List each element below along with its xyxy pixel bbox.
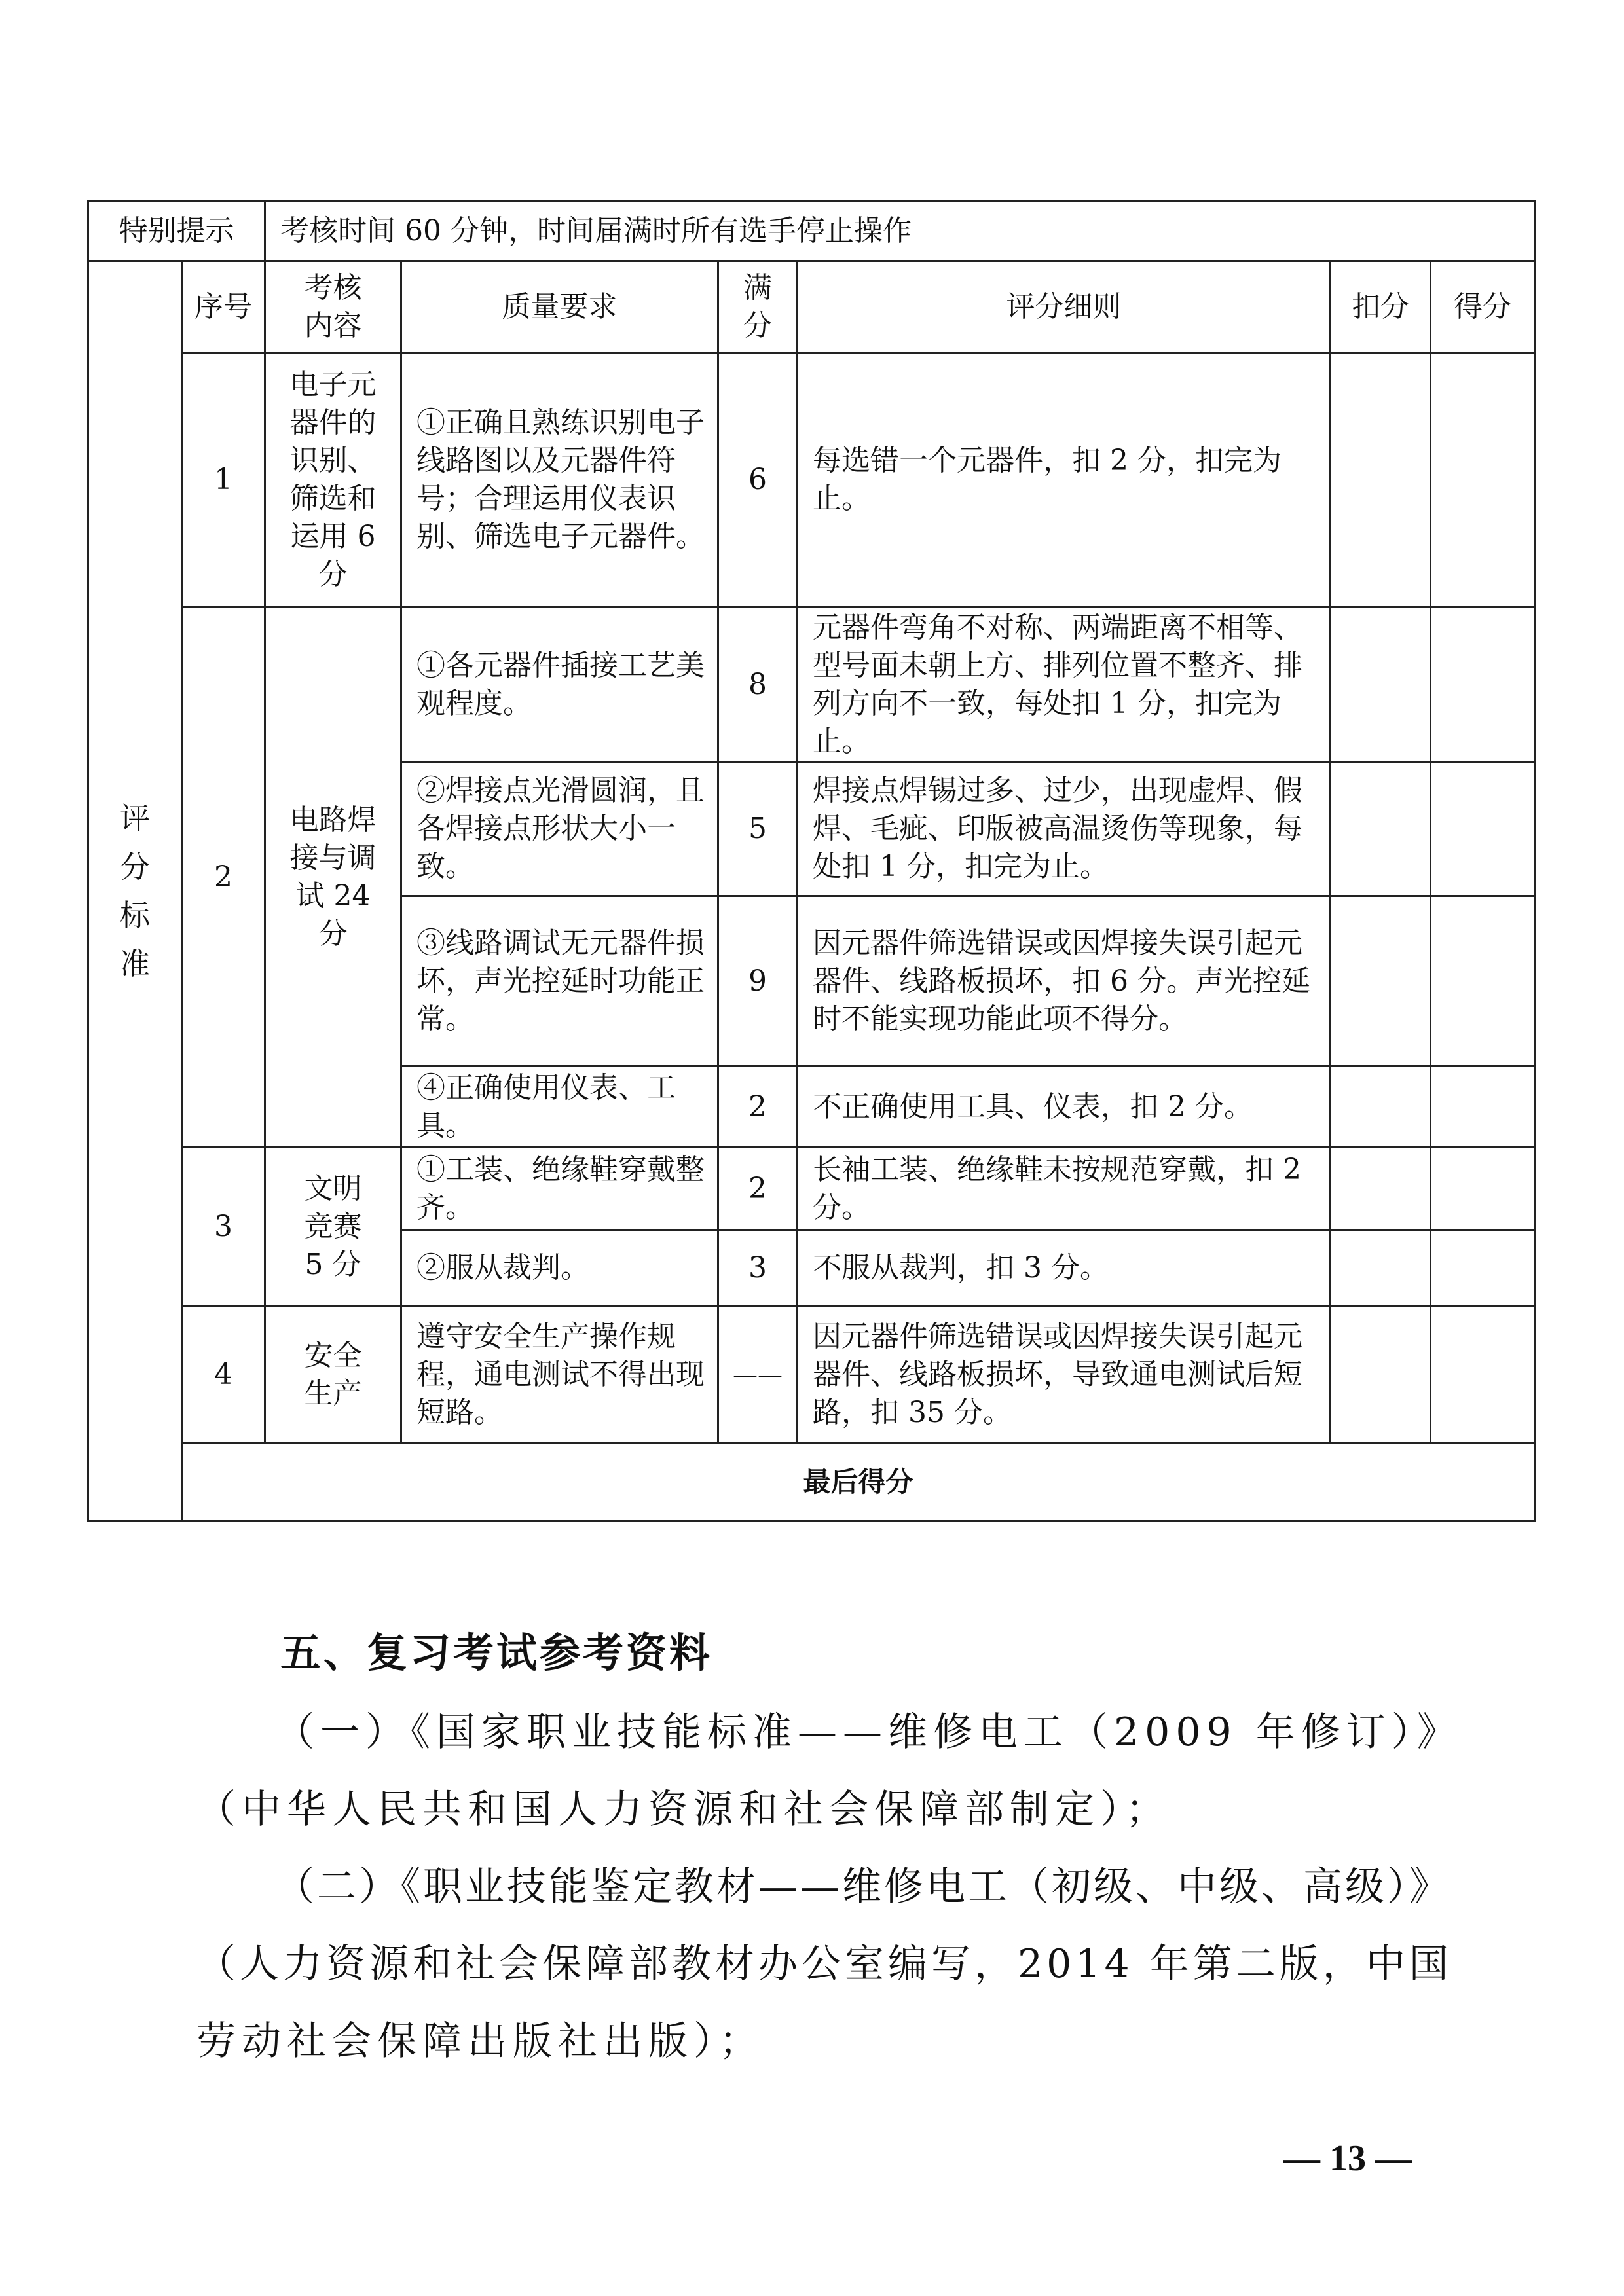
reference-2-line-1: （二）《职业技能鉴定教材——维修电工（初级、中级、高级）》: [275, 1855, 1451, 1912]
score-cell[interactable]: [1431, 896, 1535, 1066]
final-score-row: 最后得分: [88, 1443, 1535, 1522]
score-cell[interactable]: [1431, 762, 1535, 896]
content-cell: 文明竞赛 5 分: [265, 1148, 401, 1307]
reference-2-line-2: （人力资源和社会保障部教材办公室编写，2014 年第二版，中国: [196, 1933, 1452, 1989]
notice-label: 特别提示: [88, 201, 265, 261]
header-content: 考核内容: [265, 261, 401, 353]
score-cell[interactable]: [1431, 1230, 1535, 1307]
rule-cell: 元器件弯角不对称、两端距离不相等、型号面未朝上方、排列位置不整齐、排列方向不一致…: [798, 608, 1331, 762]
score-cell[interactable]: [1431, 1148, 1535, 1230]
full-score-cell: 8: [718, 608, 798, 762]
quality-cell: ③线路调试无元器件损坏，声光控延时功能正常。: [401, 896, 718, 1066]
full-score-cell: ——: [718, 1307, 798, 1443]
quality-cell: ①工装、绝缘鞋穿戴整齐。: [401, 1148, 718, 1230]
table-row: 4 安全生产 遵守安全生产操作规程，通电测试不得出现短路。 —— 因元器件筛选错…: [88, 1307, 1535, 1443]
rule-cell: 焊接点焊锡过多、过少，出现虚焊、假焊、毛疵、印版被高温烫伤等现象，每处扣 1 分…: [798, 762, 1331, 896]
deduct-cell[interactable]: [1331, 1307, 1431, 1443]
deduct-cell[interactable]: [1331, 1066, 1431, 1148]
seq-cell: 4: [182, 1307, 265, 1443]
quality-cell: ①各元器件插接工艺美观程度。: [401, 608, 718, 762]
rule-cell: 每选错一个元器件，扣 2 分，扣完为止。: [798, 353, 1331, 608]
full-score-cell: 5: [718, 762, 798, 896]
content-cell: 安全生产: [265, 1307, 401, 1443]
quality-cell: ①正确且熟练识别电子线路图以及元器件符号；合理运用仪表识别、筛选电子元器件。: [401, 353, 718, 608]
header-rules: 评分细则: [798, 261, 1331, 353]
seq-cell: 3: [182, 1148, 265, 1307]
deduct-cell[interactable]: [1331, 1148, 1431, 1230]
content-cell: 电路焊接与调试 24 分: [265, 608, 401, 1148]
reference-2-line-3: 劳动社会保障出版社出版）；: [196, 2010, 764, 2066]
header-score: 得分: [1431, 261, 1535, 353]
header-seq: 序号: [182, 261, 265, 353]
quality-cell: 遵守安全生产操作规程，通电测试不得出现短路。: [401, 1307, 718, 1443]
rule-cell: 因元器件筛选错误或因焊接失误引起元器件、线路板损坏，扣 6 分。声光控延时不能实…: [798, 896, 1331, 1066]
header-full-score: 满分: [718, 261, 798, 353]
final-score-label: 最后得分: [182, 1443, 1535, 1522]
quality-cell: ②焊接点光滑圆润，且各焊接点形状大小一致。: [401, 762, 718, 896]
full-score-cell: 3: [718, 1230, 798, 1307]
rule-cell: 长袖工装、绝缘鞋未按规范穿戴，扣 2 分。: [798, 1148, 1331, 1230]
header-quality: 质量要求: [401, 261, 718, 353]
table-row: 2 电路焊接与调试 24 分 ①各元器件插接工艺美观程度。 8 元器件弯角不对称…: [88, 608, 1535, 762]
table-row: 3 文明竞赛 5 分 ①工装、绝缘鞋穿戴整齐。 2 长袖工装、绝缘鞋未按规范穿戴…: [88, 1148, 1535, 1230]
deduct-cell[interactable]: [1331, 896, 1431, 1066]
deduct-cell[interactable]: [1331, 762, 1431, 896]
page-number: — 13 —: [1283, 2138, 1412, 2179]
score-cell[interactable]: [1431, 1307, 1535, 1443]
header-deduct: 扣分: [1331, 261, 1431, 353]
scoring-table: 特别提示 考核时间 60 分钟，时间届满时所有选手停止操作 评 分 标 准 序号…: [87, 200, 1536, 1522]
seq-cell: 2: [182, 608, 265, 1148]
quality-cell: ②服从裁判。: [401, 1230, 718, 1307]
rule-cell: 不服从裁判，扣 3 分。: [798, 1230, 1331, 1307]
section-title: 五、复习考试参考资料: [280, 1620, 712, 1679]
score-cell[interactable]: [1431, 1066, 1535, 1148]
deduct-cell[interactable]: [1331, 1230, 1431, 1307]
full-score-cell: 2: [718, 1066, 798, 1148]
side-label: 评 分 标 准: [88, 261, 182, 1522]
header-row: 评 分 标 准 序号 考核内容 质量要求 满分 评分细则 扣分 得分: [88, 261, 1535, 353]
notice-text: 考核时间 60 分钟，时间届满时所有选手停止操作: [265, 201, 1535, 261]
reference-1-line-2: （中华人民共和国人力资源和社会保障部制定）；: [196, 1778, 1171, 1834]
score-cell[interactable]: [1431, 353, 1535, 608]
reference-1-line-1: （一）《国家职业技能标准——维修电工（2009 年修订）》: [275, 1701, 1462, 1757]
notice-row: 特别提示 考核时间 60 分钟，时间届满时所有选手停止操作: [88, 201, 1535, 261]
full-score-cell: 9: [718, 896, 798, 1066]
full-score-cell: 6: [718, 353, 798, 608]
rule-cell: 不正确使用工具、仪表，扣 2 分。: [798, 1066, 1331, 1148]
deduct-cell[interactable]: [1331, 353, 1431, 608]
seq-cell: 1: [182, 353, 265, 608]
quality-cell: ④正确使用仪表、工具。: [401, 1066, 718, 1148]
rule-cell: 因元器件筛选错误或因焊接失误引起元器件、线路板损坏，导致通电测试后短路，扣 35…: [798, 1307, 1331, 1443]
deduct-cell[interactable]: [1331, 608, 1431, 762]
table-row: 1 电子元器件的识别、筛选和运用 6 分 ①正确且熟练识别电子线路图以及元器件符…: [88, 353, 1535, 608]
full-score-cell: 2: [718, 1148, 798, 1230]
content-cell: 电子元器件的识别、筛选和运用 6 分: [265, 353, 401, 608]
score-cell[interactable]: [1431, 608, 1535, 762]
